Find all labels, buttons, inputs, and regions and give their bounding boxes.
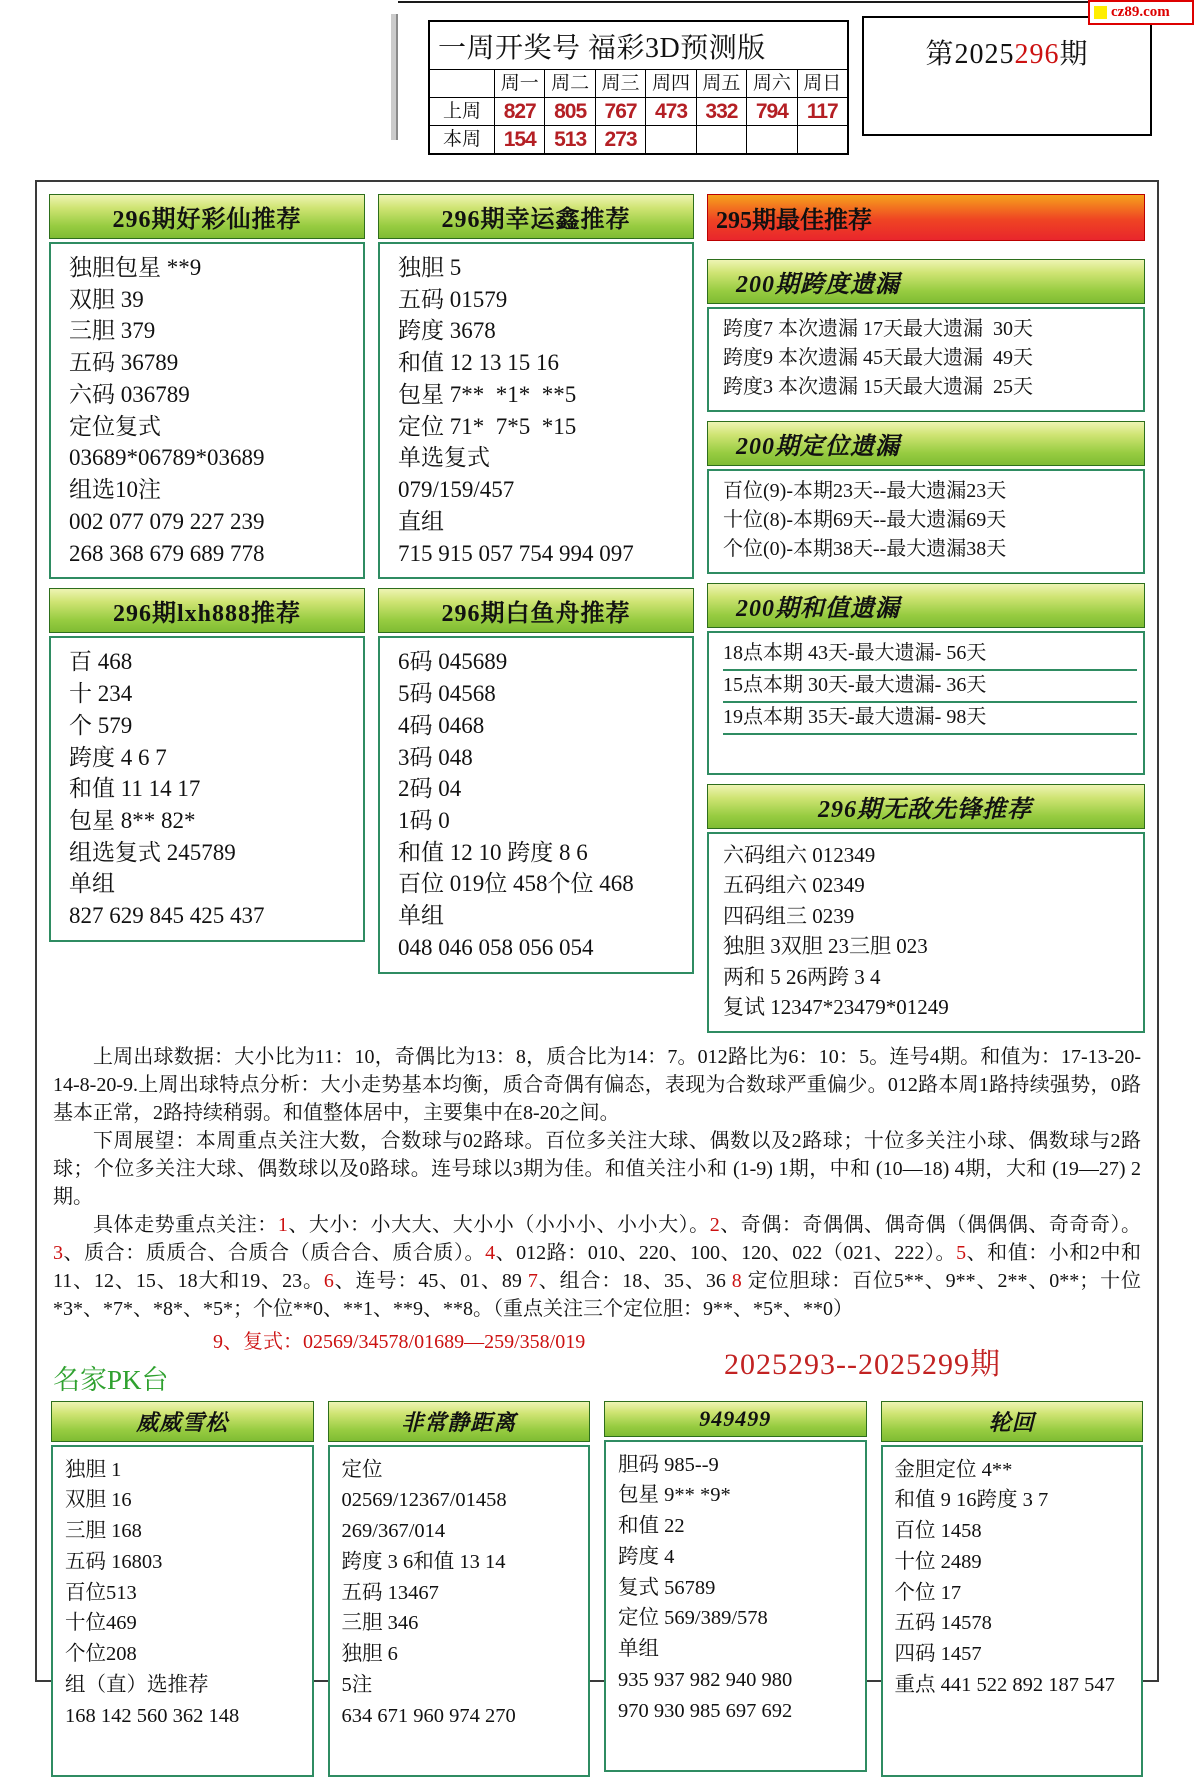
text-line: 970 930 985 697 692 xyxy=(618,1696,861,1727)
text-line: 十位(8)-本期69天--最大遗漏69天 xyxy=(723,506,1137,535)
text-line: 5码 04568 xyxy=(398,678,686,710)
highlight-red: 2 xyxy=(710,1214,720,1236)
site-logo[interactable]: cz89.com xyxy=(1088,0,1194,25)
row-label: 上周 xyxy=(430,97,494,125)
box-kuadu-title: 200期跨度遗漏 xyxy=(707,259,1145,304)
text-line: 定位 71* 7*5 *15 xyxy=(398,411,686,443)
text-line: 双胆 16 xyxy=(65,1485,308,1516)
text-line: 跨度 4 6 7 xyxy=(69,742,357,774)
text-line: 包星 8** 82* xyxy=(69,805,357,837)
text-line: 单组 xyxy=(69,868,357,900)
box-dingwei-title: 200期定位遗漏 xyxy=(707,421,1145,466)
text-line: 百 468 xyxy=(69,646,357,678)
text-line: 十 234 xyxy=(69,678,357,710)
top-divider xyxy=(398,1,1152,3)
day-header: 周日 xyxy=(797,69,847,97)
issue-range: 2025293--2025299期 xyxy=(724,1339,1001,1383)
text-line: 3码 048 xyxy=(398,742,686,774)
text-line: 独胆 6 xyxy=(342,1639,585,1670)
pk-box-weiweixuesong: 威威雪松 独胆 1双胆 16三胆 168五码 16803百位513十位469个位… xyxy=(51,1401,314,1777)
pk-box-title: 非常静距离 xyxy=(328,1401,591,1442)
text-line: 十位469 xyxy=(65,1608,308,1639)
draw-number: 827 xyxy=(494,97,544,125)
week-table-title: 一周开奖号 福彩3D预测版 xyxy=(430,22,847,69)
text-line: 跨度 4 xyxy=(618,1542,861,1573)
text-segment: 、连号：45、01、89 xyxy=(334,1270,528,1292)
box-wudi-title: 296期无敌先锋推荐 xyxy=(707,784,1145,829)
text-line: 单选复式 xyxy=(398,442,686,474)
logo-text: cz89.com xyxy=(1111,5,1170,20)
analysis-paragraph-focus: 具体走势重点关注：1、大小：小大大、大小小（小小小、小小大）。2、奇偶：奇偶偶、… xyxy=(53,1211,1141,1323)
box-baiyuzhou: 296期白鱼舟推荐 6码 0456895码 045684码 04683码 048… xyxy=(378,588,694,973)
day-header: 周一 xyxy=(494,69,544,97)
text-line: 168 142 560 362 148 xyxy=(65,1701,308,1732)
column-right: 295期最佳推荐 200期跨度遗漏 跨度7 本次遗漏 17天最大遗漏 30天跨度… xyxy=(707,194,1145,1033)
main-panel: 296期好彩仙推荐 独胆包星 **9双胆 39三胆 379五码 36789六码 … xyxy=(35,180,1159,1682)
best-recommend-banner: 295期最佳推荐 xyxy=(707,194,1145,241)
draw-number: 794 xyxy=(746,97,796,125)
text-line: 跨度 3678 xyxy=(398,315,686,347)
draw-number: 805 xyxy=(544,97,594,125)
highlight-red: 8 xyxy=(732,1270,742,1292)
pk-box-949499: 949499 胆码 985--9包星 9** *9*和值 22跨度 4复式 56… xyxy=(604,1401,867,1777)
text-line: 组（直）选推荐 xyxy=(65,1670,308,1701)
text-line: 和值 12 10 跨度 8 6 xyxy=(398,837,686,869)
text-line: 金胆定位 4** xyxy=(895,1455,1138,1486)
text-line: 重点 441 522 892 187 547 xyxy=(895,1670,1138,1701)
analysis-paragraph-lastweek: 上周出球数据：大小比为11：10，奇偶比为13：8，质合比为14：7。012路比… xyxy=(53,1043,1141,1127)
text-segment: 、012路：010、220、100、120、022（021、222）。 xyxy=(495,1242,956,1264)
text-line: 两和 5 26两跨 3 4 xyxy=(723,962,1137,992)
text-line: 独胆 5 xyxy=(398,252,686,284)
pre-pk-left: 9、复式：02569/34578/01689—259/358/019 名家PK台 xyxy=(53,1325,585,1397)
text-line: 个位(0)-本期38天--最大遗漏38天 xyxy=(723,535,1137,564)
box-hezhi-title: 200期和值遗漏 xyxy=(707,583,1145,628)
box-xingyunxin-body: 独胆 5五码 01579跨度 3678和值 12 13 15 16包星 7** … xyxy=(378,242,694,579)
left-divider xyxy=(391,14,398,140)
box-haocaixian: 296期好彩仙推荐 独胆包星 **9双胆 39三胆 379五码 36789六码 … xyxy=(49,194,365,579)
box-wudi-xianfeng: 296期无敌先锋推荐 六码组六 012349五码组六 02349四码组三 023… xyxy=(707,784,1145,1033)
day-header: 周三 xyxy=(595,69,645,97)
highlight-red: 4 xyxy=(485,1242,495,1264)
text-line: 三胆 168 xyxy=(65,1516,308,1547)
week-table-grid: 周一 周二 周三 周四 周五 周六 周日 上周 827 805 767 473 … xyxy=(430,69,847,153)
text-line: 单组 xyxy=(618,1634,861,1665)
text-line: 03689*06789*03689 xyxy=(69,442,357,474)
text-line: 827 629 845 425 437 xyxy=(69,900,357,932)
text-line: 935 937 982 940 980 xyxy=(618,1665,861,1696)
highlight-red: 7 xyxy=(528,1270,538,1292)
box-wudi-body: 六码组六 012349五码组六 02349四码组三 0239独胆 3双胆 23三… xyxy=(707,832,1145,1033)
text-line: 4码 0468 xyxy=(398,710,686,742)
issue-suffix: 期 xyxy=(1060,39,1089,70)
day-header: 周四 xyxy=(645,69,695,97)
text-line: 单组 xyxy=(398,900,686,932)
text-line: 包星 7** *1* **5 xyxy=(398,379,686,411)
text-line: 组选10注 xyxy=(69,474,357,506)
box-hezhi-omission: 200期和值遗漏 18点本期 43天-最大遗漏- 56天15点本期 30天-最大… xyxy=(707,583,1145,775)
box-haocaixian-body: 独胆包星 **9双胆 39三胆 379五码 36789六码 036789定位复式… xyxy=(49,242,365,579)
day-header: 周二 xyxy=(544,69,594,97)
text-line: 复式 56789 xyxy=(618,1573,861,1604)
text-line: 2码 04 xyxy=(398,773,686,805)
week-draw-table: 一周开奖号 福彩3D预测版 周一 周二 周三 周四 周五 周六 周日 上周 82… xyxy=(428,20,849,155)
text-segment: 、组合：18、35、36 xyxy=(538,1270,732,1292)
column-middle: 296期幸运鑫推荐 独胆 5五码 01579跨度 3678和值 12 13 15… xyxy=(378,194,694,1033)
text-line: 组选复式 245789 xyxy=(69,837,357,869)
text-line: 定位 569/389/578 xyxy=(618,1603,861,1634)
text-segment: 、大小：小大大、大小小（小小小、小小大）。 xyxy=(288,1214,710,1236)
corner-cell xyxy=(430,69,494,97)
draw-number: 154 xyxy=(494,125,544,153)
box-kuadu-body: 跨度7 本次遗漏 17天最大遗漏 30天跨度9 本次遗漏 45天最大遗漏 49天… xyxy=(707,307,1145,412)
text-line: 六码组六 012349 xyxy=(723,840,1137,870)
box-haocaixian-title: 296期好彩仙推荐 xyxy=(49,194,365,239)
text-line: 跨度3 本次遗漏 15天最大遗漏 25天 xyxy=(723,373,1137,402)
text-segment: 、奇偶：奇偶偶、偶奇偶（偶偶偶、奇奇奇）。 xyxy=(720,1214,1141,1236)
draw-number xyxy=(797,125,847,153)
text-line: 跨度9 本次遗漏 45天最大遗漏 49天 xyxy=(723,344,1137,373)
box-baiyuzhou-title: 296期白鱼舟推荐 xyxy=(378,588,694,633)
text-line: 048 046 058 056 054 xyxy=(398,932,686,964)
text-line: 和值 22 xyxy=(618,1511,861,1542)
column-left: 296期好彩仙推荐 独胆包星 **9双胆 39三胆 379五码 36789六码 … xyxy=(49,194,365,1033)
text-line: 双胆 39 xyxy=(69,284,357,316)
day-header: 周五 xyxy=(696,69,746,97)
text-line: 独胆 3双胆 23三胆 023 xyxy=(723,931,1137,961)
text-line: 个 579 xyxy=(69,710,357,742)
text-line: 独胆 1 xyxy=(65,1455,308,1486)
highlight-red: 5 xyxy=(956,1242,966,1264)
box-dingwei-body: 百位(9)-本期23天--最大遗漏23天十位(8)-本期69天--最大遗漏69天… xyxy=(707,469,1145,574)
draw-number: 473 xyxy=(645,97,695,125)
highlight-red: 1 xyxy=(278,1214,288,1236)
text-line: 百位(9)-本期23天--最大遗漏23天 xyxy=(723,477,1137,506)
box-xingyunxin: 296期幸运鑫推荐 独胆 5五码 01579跨度 3678和值 12 13 15… xyxy=(378,194,694,579)
text-line: 定位 xyxy=(342,1455,585,1486)
text-line: 六码 036789 xyxy=(69,379,357,411)
text-line: 五码 14578 xyxy=(895,1608,1138,1639)
text-line: 和值 12 13 15 16 xyxy=(398,347,686,379)
box-kuadu-omission: 200期跨度遗漏 跨度7 本次遗漏 17天最大遗漏 30天跨度9 本次遗漏 45… xyxy=(707,259,1145,412)
text-line: 五码组六 02349 xyxy=(723,870,1137,900)
text-line: 十位 2489 xyxy=(895,1547,1138,1578)
text-line: 002 077 079 227 239 xyxy=(69,506,357,538)
box-lxh888-body: 百 468十 234个 579跨度 4 6 7和值 11 14 17包星 8**… xyxy=(49,636,365,942)
highlight-red: 6 xyxy=(324,1270,334,1292)
draw-number: 273 xyxy=(595,125,645,153)
text-line: 百位513 xyxy=(65,1578,308,1609)
draw-number: 117 xyxy=(797,97,847,125)
text-segment: 具体走势重点关注： xyxy=(93,1214,278,1236)
text-line: 定位复式 xyxy=(69,411,357,443)
text-line: 634 671 960 974 270 xyxy=(342,1701,585,1732)
text-line: 三胆 346 xyxy=(342,1608,585,1639)
text-line: 个位208 xyxy=(65,1639,308,1670)
draw-number: 767 xyxy=(595,97,645,125)
box-xingyunxin-title: 296期幸运鑫推荐 xyxy=(378,194,694,239)
text-line: 6码 045689 xyxy=(398,646,686,678)
logo-square-icon xyxy=(1094,6,1107,19)
issue-box: 第2025296期 xyxy=(862,16,1152,136)
pk-box-body: 金胆定位 4**和值 9 16跨度 3 7百位 1458十位 2489个位 17… xyxy=(881,1445,1144,1777)
text-line: 包星 9** *9* xyxy=(618,1480,861,1511)
row-label: 本周 xyxy=(430,125,494,153)
text-line: 五码 01579 xyxy=(398,284,686,316)
analysis-section: 上周出球数据：大小比为11：10，奇偶比为13：8，质合比为14：7。012路比… xyxy=(49,1033,1145,1323)
text-line: 五码 16803 xyxy=(65,1547,308,1578)
text-line: 268 368 679 689 778 xyxy=(69,538,357,570)
text-line: 18点本期 43天-最大遗漏- 56天 xyxy=(723,639,1137,671)
text-line: 百位 1458 xyxy=(895,1516,1138,1547)
text-line: 个位 17 xyxy=(895,1578,1138,1609)
pk-box-body: 胆码 985--9包星 9** *9*和值 22跨度 4复式 56789定位 5… xyxy=(604,1440,867,1772)
text-line: 和值 11 14 17 xyxy=(69,773,357,805)
text-line: 269/367/014 xyxy=(342,1516,585,1547)
issue-title: 第2025296期 xyxy=(864,32,1150,72)
box-lxh888: 296期lxh888推荐 百 468十 234个 579跨度 4 6 7和值 1… xyxy=(49,588,365,942)
pk-box-title: 威威雪松 xyxy=(51,1401,314,1442)
box-hezhi-body: 18点本期 43天-最大遗漏- 56天15点本期 30天-最大遗漏- 36天19… xyxy=(707,631,1145,775)
fushi-red-line: 9、复式：02569/34578/01689—259/358/019 xyxy=(213,1325,585,1354)
draw-number xyxy=(645,125,695,153)
text-line: 和值 9 16跨度 3 7 xyxy=(895,1485,1138,1516)
box-lxh888-title: 296期lxh888推荐 xyxy=(49,588,365,633)
draw-number xyxy=(746,125,796,153)
recommendation-grid: 296期好彩仙推荐 独胆包星 **9双胆 39三胆 379五码 36789六码 … xyxy=(49,194,1145,1033)
text-line: 五码 13467 xyxy=(342,1578,585,1609)
text-line: 079/159/457 xyxy=(398,474,686,506)
pk-box-body: 定位02569/12367/01458269/367/014跨度 3 6和值 1… xyxy=(328,1445,591,1777)
draw-number: 513 xyxy=(544,125,594,153)
text-line: 独胆包星 **9 xyxy=(69,252,357,284)
pk-box-lunhui: 轮回 金胆定位 4**和值 9 16跨度 3 7百位 1458十位 2489个位… xyxy=(881,1401,1144,1777)
text-line: 直组 xyxy=(398,506,686,538)
text-line: 四码 1457 xyxy=(895,1639,1138,1670)
highlight-red: 3 xyxy=(53,1242,63,1264)
text-line: 五码 36789 xyxy=(69,347,357,379)
pk-section-title: 名家PK台 xyxy=(53,1358,585,1397)
box-baiyuzhou-body: 6码 0456895码 045684码 04683码 0482码 041码 0和… xyxy=(378,636,694,973)
text-line: 19点本期 35天-最大遗漏- 98天 xyxy=(723,703,1137,735)
text-line: 715 915 057 754 994 097 xyxy=(398,538,686,570)
box-dingwei-omission: 200期定位遗漏 百位(9)-本期23天--最大遗漏23天十位(8)-本期69天… xyxy=(707,421,1145,574)
issue-prefix: 第2025 xyxy=(925,39,1014,70)
pk-grid: 威威雪松 独胆 1双胆 16三胆 168五码 16803百位513十位469个位… xyxy=(49,1401,1145,1777)
draw-number xyxy=(696,125,746,153)
pk-box-feichangjingjuli: 非常静距离 定位02569/12367/01458269/367/014跨度 3… xyxy=(328,1401,591,1777)
pk-box-title: 949499 xyxy=(604,1401,867,1437)
pk-box-body: 独胆 1双胆 16三胆 168五码 16803百位513十位469个位208组（… xyxy=(51,1445,314,1777)
text-line: 四码组三 0239 xyxy=(723,901,1137,931)
text-line: 三胆 379 xyxy=(69,315,357,347)
text-line: 跨度7 本次遗漏 17天最大遗漏 30天 xyxy=(723,315,1137,344)
analysis-paragraph-outlook: 下周展望：本周重点关注大数，合数球与02路球。百位多关注大球、偶数以及2路球；十… xyxy=(53,1127,1141,1211)
text-line: 复试 12347*23479*01249 xyxy=(723,992,1137,1022)
text-line: 百位 019位 458个位 468 xyxy=(398,868,686,900)
draw-number: 332 xyxy=(696,97,746,125)
day-header: 周六 xyxy=(746,69,796,97)
text-line: 1码 0 xyxy=(398,805,686,837)
text-line: 15点本期 30天-最大遗漏- 36天 xyxy=(723,671,1137,703)
text-line: 胆码 985--9 xyxy=(618,1450,861,1481)
text-line: 02569/12367/01458 xyxy=(342,1485,585,1516)
pk-box-title: 轮回 xyxy=(881,1401,1144,1442)
issue-number: 296 xyxy=(1015,39,1060,70)
text-segment: 、质合：质质合、合质合（质合合、质合质）。 xyxy=(63,1242,485,1264)
text-line: 5注 xyxy=(342,1670,585,1701)
text-line: 跨度 3 6和值 13 14 xyxy=(342,1547,585,1578)
pre-pk-row: 9、复式：02569/34578/01689—259/358/019 名家PK台… xyxy=(49,1323,1145,1397)
